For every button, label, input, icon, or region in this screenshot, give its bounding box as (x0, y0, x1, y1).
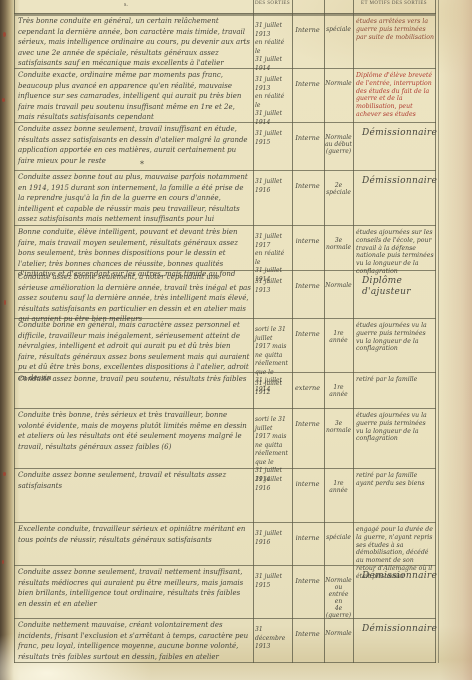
exit-motif: Démissionnaire (356, 624, 440, 635)
observations-text: Conduite assez bonne seulement, travail … (18, 470, 251, 491)
ink-speck (3, 32, 6, 37)
table-row: Conduite assez bonne tout au plus, mauva… (14, 170, 436, 226)
exit-motif: Démissionnaire (356, 128, 440, 139)
exit-date: 31 juillet 1913 en réalité le 31 juillet… (255, 22, 291, 73)
classe-value: 2e spéciale (325, 182, 352, 196)
observations-text: Conduite assez bonne seulement, à noter … (18, 272, 251, 325)
observations-text: Très bonne conduite en général, un certa… (18, 16, 251, 69)
observations-text: Conduite assez bonne seulement, travail … (18, 124, 251, 166)
exit-date: 31 juillet 1916 (255, 178, 291, 195)
observations-text: Conduite très bonne, très sérieux et trè… (18, 410, 251, 452)
regime-value: interne (293, 480, 322, 488)
classe-value: spéciale (325, 26, 352, 33)
classe-value: 1re année (325, 330, 352, 344)
observations-text: Conduite nettement mauvaise, créant volo… (18, 620, 251, 662)
regime-value: Interne (293, 577, 322, 585)
exit-date: 31 juillet 1913 en réalité le 31 juillet… (255, 76, 291, 127)
observations-text: Conduite assez bonne seulement, travail … (18, 567, 251, 609)
regime-value: Interne (293, 26, 322, 34)
table-row: Conduite assez bonne seulement, à noter … (14, 270, 436, 319)
classe-value: spéciale (325, 534, 352, 541)
regime-value: Interne (293, 630, 322, 638)
regime-value: Interne (293, 420, 322, 428)
regime-value: interne (293, 237, 322, 245)
table-row: Conduite assez bonne seulement, travail … (14, 468, 436, 523)
regime-value: Interne (293, 330, 322, 338)
exit-date: 31 juillet 1916 (255, 530, 291, 547)
classe-value: Normale (325, 282, 352, 289)
regime-value: externe (293, 384, 322, 392)
observations-text: Excellente conduite, travailleur sérieux… (18, 524, 251, 545)
table-row: Bonne conduite, élève intelligent, pouva… (14, 225, 436, 271)
exit-motif: études arrêtées vers la guerre puis term… (356, 18, 434, 41)
exit-motif: études ajournées vu la guerre puis termi… (356, 322, 434, 353)
observations-text: Conduite exacte, ordinaire même par mome… (18, 70, 251, 123)
ink-speck (3, 472, 6, 476)
table-row: Conduite assez bonne seulement, travail … (14, 565, 436, 619)
obs-header-fragment: s. (124, 2, 128, 8)
regime-value: interne (293, 534, 322, 542)
scanned-register-page: s. DES SORTIES ET MOTIFS DES SORTIES Trè… (0, 0, 472, 680)
exit-date: 31 décembre 1913 (255, 626, 291, 652)
exit-motif: retiré par la famille ayant perdu ses bi… (356, 472, 434, 488)
table-row: Conduite assez bonne seulement, travail … (14, 122, 436, 171)
register-table: s. DES SORTIES ET MOTIFS DES SORTIES Trè… (14, 0, 436, 663)
observations-text: Conduite assez bonne, travail peu souten… (18, 374, 251, 385)
classe-value: Normale (325, 80, 352, 87)
exit-motif: études ajournées vu la guerre puis termi… (356, 412, 434, 443)
classe-value: 3e normale (325, 420, 352, 434)
classe-value: Normale ou entrée en 4e (guerre) (325, 577, 352, 619)
exit-motif: Diplôme d'élève breveté de l'entrée, int… (356, 72, 434, 119)
exit-motif: Diplôme d'ajusteur (356, 276, 440, 298)
ink-speck (4, 300, 6, 305)
table-row: Conduite exacte, ordinaire même par mome… (14, 68, 436, 123)
exit-motif: études ajournées sur les conseils de l'é… (356, 229, 434, 276)
table-row: Très bonne conduite en général, un certa… (14, 14, 436, 69)
motif-column-header: ET MOTIFS DES SORTIES (353, 1, 435, 6)
exit-motif: retiré par la famille (356, 376, 434, 384)
regime-value: Interne (293, 80, 322, 88)
row-note-mark: * (140, 160, 144, 169)
regime-value: Interne (293, 182, 322, 190)
classe-value: 1re année (325, 480, 352, 494)
table-row: Conduite bonne en général, mais caractèr… (14, 318, 436, 373)
exit-date: 31 juillet 1915 (255, 573, 291, 590)
classe-value: 1re année (325, 384, 352, 398)
exit-motif: Démissionnaire (356, 176, 440, 187)
classe-value: Normale (325, 630, 352, 637)
exit-motif: Démissionnaire (356, 571, 440, 582)
exit-date: 31 juillet 1912 (255, 380, 291, 397)
ink-speck (2, 98, 5, 102)
date-column-header: DES SORTIES (253, 1, 292, 6)
table-row: Conduite très bonne, très sérieux et trè… (14, 408, 436, 469)
classe-value: 3e normale (325, 237, 352, 251)
regime-value: Interne (293, 282, 322, 290)
exit-date: 31 juillet 1915 (255, 130, 291, 147)
exit-date: 31 juillet 1913 (255, 278, 291, 295)
observations-text: Conduite assez bonne tout au plus, mauva… (18, 172, 251, 225)
exit-date: 31 juillet 1916 (255, 476, 291, 493)
regime-value: Interne (293, 134, 322, 142)
table-row: Excellente conduite, travailleur sérieux… (14, 522, 436, 566)
table-row: Conduite nettement mauvaise, créant volo… (14, 618, 436, 663)
table-row: Conduite assez bonne, travail peu souten… (14, 372, 436, 409)
classe-value: Normale au début (guerre) (325, 134, 352, 155)
ink-speck (2, 560, 4, 564)
column-header-band: s. DES SORTIES ET MOTIFS DES SORTIES (14, 0, 436, 14)
